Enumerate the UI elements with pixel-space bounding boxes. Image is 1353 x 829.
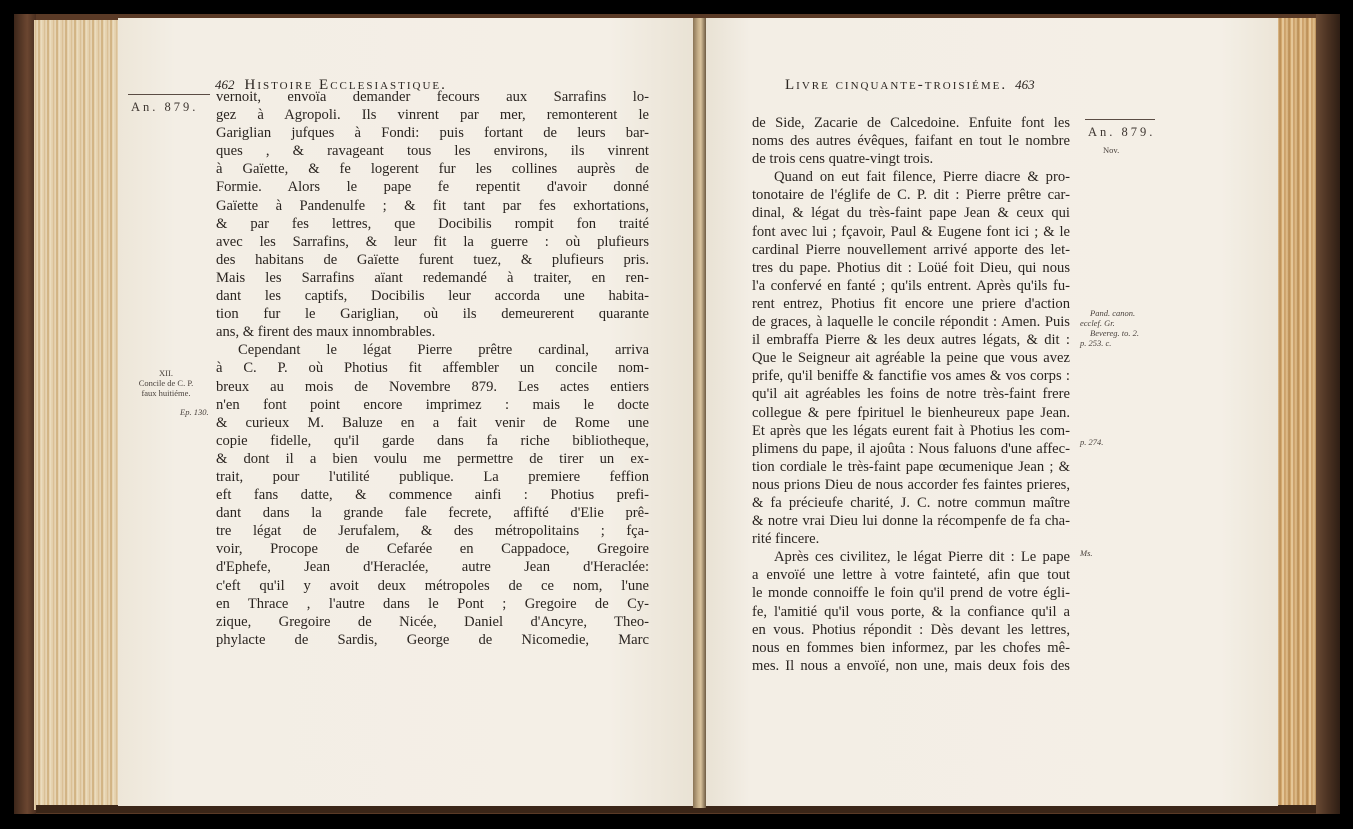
text-line: gez à Agropoli. Ils vinrent par mer, rem…: [216, 106, 649, 124]
cover-right-edge: [1316, 14, 1340, 814]
text-line: & notre vrai Dieu lui donne la récompenf…: [752, 512, 1070, 530]
text-line: zique, Gregoire de Nicée, Daniel d'Ancyr…: [216, 613, 649, 631]
text-line: Cependant le légat Pierre prêtre cardina…: [216, 341, 649, 359]
right-margin-note-page: p. 274.: [1080, 437, 1103, 447]
text-line: collegue & pere fpirituel le bienheureux…: [752, 404, 1070, 422]
margin-note-line: Pand. canon.: [1080, 308, 1139, 318]
text-line: dant dans la grande fale fecrete, affift…: [216, 504, 649, 522]
right-month-marker: Nov.: [1103, 145, 1119, 155]
text-line: & curieux M. Baluze en a fait venir de R…: [216, 414, 649, 432]
text-line: & par fes lettres, que Docibilis rompit …: [216, 215, 649, 233]
margin-note-line: Bevereg. to. 2.: [1080, 328, 1139, 338]
margin-note-line: p. 253. c.: [1080, 338, 1139, 348]
right-running-head: Livre cinquante-troisiéme.463: [785, 77, 1035, 94]
text-line: Gariglian jufques à Fondi: puis fortant …: [216, 124, 649, 142]
text-line: prife, qu'il beniffe & fanctifie vos ame…: [752, 367, 1070, 385]
text-line: eft fans datte, & commence ainfi : Photi…: [216, 486, 649, 504]
right-margin-note-source: Pand. canon. ecclef. Gr. Bevereg. to. 2.…: [1080, 308, 1139, 348]
text-line: en vous. Photius répondit : Dès devant l…: [752, 621, 1070, 639]
text-line: Mais les Sarrafins aïant redemandé à tra…: [216, 269, 649, 287]
text-line: phylacte de Sardis, George de Nicomedie,…: [216, 631, 649, 649]
text-line: de Side, Zacarie de Calcedoine. Enfuite …: [752, 114, 1070, 132]
text-line: Que le Seigneur ait agréable la peine qu…: [752, 349, 1070, 367]
text-line: qu'il ait agréables les foins de notre t…: [752, 385, 1070, 403]
text-line: Et après que les légats eurent fait à Ph…: [752, 422, 1070, 440]
right-running-title: Livre cinquante-troisiéme.: [785, 77, 1007, 93]
text-line: Après ces civilitez, le légat Pierre dit…: [752, 548, 1070, 566]
margin-note-line: XII.: [118, 368, 214, 378]
text-line: le monde connoiffe le foin qu'il prend d…: [752, 584, 1070, 602]
text-line: copie fidelle, qu'il garde dans fa riche…: [216, 432, 649, 450]
text-line: fe, l'amitié qu'il vous porte, & la conf…: [752, 603, 1070, 621]
text-line: des habitans de Gaïette furent tuez, & p…: [216, 251, 649, 269]
left-page-body: vernoit, envoïa demander fecours aux Sar…: [216, 88, 649, 649]
text-line: à C. P. où Photius fit affembler un conc…: [216, 359, 649, 377]
text-line: de graces, à laquelle le concile répondi…: [752, 313, 1070, 331]
text-line: tres du pape. Photius dit : Loüé foit Di…: [752, 259, 1070, 277]
text-line: tonotaire de l'églife de C. P. dit : Pie…: [752, 186, 1070, 204]
right-margin-rule: [1085, 119, 1155, 120]
text-line: a envoïé une lettre à votre fainteté, af…: [752, 566, 1070, 584]
text-line: d'Ephefe, Jean d'Heraclée, autre Jean d'…: [216, 558, 649, 576]
left-year-marker: An. 879.: [131, 100, 198, 115]
text-line: & dont il a bien voulu me permettre de t…: [216, 450, 649, 468]
text-line: avec les Sarrafins, & leur fit la guerre…: [216, 233, 649, 251]
text-line: vernoit, envoïa demander fecours aux Sar…: [216, 88, 649, 106]
text-line: il embraffa Pierre & les deux autres lég…: [752, 331, 1070, 349]
margin-note-line: ecclef. Gr.: [1080, 318, 1139, 328]
text-line: trait, pour l'utilité publique. La premi…: [216, 468, 649, 486]
text-line: tre légat de Jerufalem, & des métropolit…: [216, 522, 649, 540]
margin-note-line: Ep. 130.: [180, 407, 209, 417]
text-line: nous prions Dieu de nous accorder fes fa…: [752, 476, 1070, 494]
right-page-body: de Side, Zacarie de Calcedoine. Enfuite …: [752, 114, 1070, 675]
text-line: cardinal Pierre nouvellement arrivé appo…: [752, 241, 1070, 259]
text-line: Gaïette à Pandenulfe ; & fit tant par fe…: [216, 197, 649, 215]
text-line: dinal, & légat du très-faint pape Jean &…: [752, 204, 1070, 222]
text-line: & fa précieufe charité, J. C. notre comm…: [752, 494, 1070, 512]
page-edges-left: [34, 20, 120, 810]
cover-bottom-edge: [36, 805, 1316, 813]
text-line: dant les captifs, Docibilis leur accorda…: [216, 287, 649, 305]
text-line: font avec lui ; fçavoir, Paul & Eugene f…: [752, 223, 1070, 241]
text-line: Formie. Alors le pape fe repentit d'avoi…: [216, 178, 649, 196]
text-line: breux au mois de Novembre 879. Les actes…: [216, 378, 649, 396]
left-margin-note-section: XII. Concile de C. P. faux huitiéme.: [118, 368, 214, 398]
text-line: c'eft qu'il y avoit deux métropoles de c…: [216, 577, 649, 595]
margin-note-line: faux huitiéme.: [118, 388, 214, 398]
margin-note-line: Concile de C. P.: [118, 378, 214, 388]
text-line: rent entrez, Photius fit encore une prie…: [752, 295, 1070, 313]
text-line: en Thrace , l'autre dans le Pont ; Grego…: [216, 595, 649, 613]
text-line: Quand on eut fait filence, Pierre diacre…: [752, 168, 1070, 186]
right-folio: 463: [1015, 77, 1035, 92]
left-margin-note-ref: Ep. 130.: [180, 407, 209, 417]
text-line: rité fincere.: [752, 530, 1070, 548]
text-line: voir, Procope de Cefarée en Cappadoce, G…: [216, 540, 649, 558]
left-margin-rule: [128, 94, 210, 95]
text-line: n'en font point encore imprimez : mais l…: [216, 396, 649, 414]
text-line: ques , & ravageant tous les environs, il…: [216, 142, 649, 160]
text-line: l'a confervé en fanté ; qu'ils entrent. …: [752, 277, 1070, 295]
text-line: noms des autres évêques, faifant en tout…: [752, 132, 1070, 150]
text-line: tion cordiale le très-faint pape œcumeni…: [752, 458, 1070, 476]
text-line: tion fur le Gariglian, où ils demeureren…: [216, 305, 649, 323]
cover-left-edge: [14, 14, 36, 814]
text-line: plimens du pape, il ajoûta : Nous faluon…: [752, 440, 1070, 458]
text-line: nous en fommes bien informez, par les ch…: [752, 639, 1070, 657]
right-margin-note-ms: Ms.: [1080, 548, 1093, 558]
text-line: à Gaïette, & fe logerent fur les colline…: [216, 160, 649, 178]
margin-note-line: Ms.: [1080, 548, 1093, 558]
margin-note-line: p. 274.: [1080, 437, 1103, 447]
text-line: mes. Il nous a envoïé, non une, mais deu…: [752, 657, 1070, 675]
page-edges-right: [1276, 18, 1316, 810]
text-line: ans, & firent des maux innombrables.: [216, 323, 649, 341]
right-year-marker: An. 879.: [1088, 125, 1155, 140]
text-line: de trois cens quatre-vingt trois.: [752, 150, 1070, 168]
book-gutter: [693, 18, 706, 808]
